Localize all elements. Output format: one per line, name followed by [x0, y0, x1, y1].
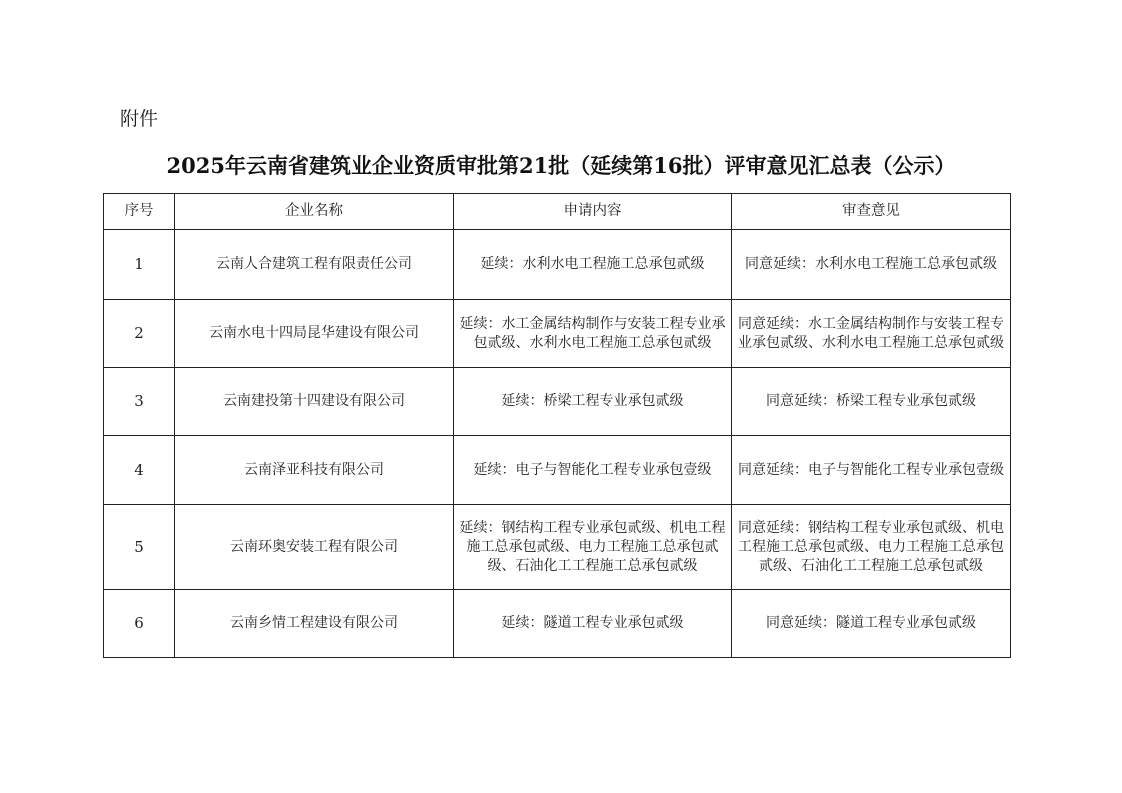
- review-opinion: 同意延续：水工金属结构制作与安装工程专业承包贰级、水利水电工程施工总承包贰级: [732, 300, 1011, 368]
- application-content: 延续：钢结构工程专业承包贰级、机电工程施工总承包贰级、电力工程施工总承包贰级、石…: [454, 505, 732, 590]
- header-application-content: 申请内容: [454, 194, 732, 230]
- application-content: 延续：桥梁工程专业承包贰级: [454, 368, 732, 436]
- document-title: 2025年云南省建筑业企业资质审批第21批（延续第16批）评审意见汇总表（公示）: [0, 150, 1122, 180]
- application-content: 延续：隧道工程专业承包贰级: [454, 590, 732, 658]
- serial-no: 4: [104, 436, 175, 505]
- table-row: 1 云南人合建筑工程有限责任公司 延续：水利水电工程施工总承包贰级 同意延续：水…: [104, 230, 1011, 300]
- table-header-row: 序号 企业名称 申请内容 审查意见: [104, 194, 1011, 230]
- review-opinion: 同意延续：钢结构工程专业承包贰级、机电工程施工总承包贰级、电力工程施工总承包贰级…: [732, 505, 1011, 590]
- attachment-label: 附件: [120, 104, 158, 131]
- serial-no: 2: [104, 300, 175, 368]
- table-row: 2 云南水电十四局昆华建设有限公司 延续：水工金属结构制作与安装工程专业承包贰级…: [104, 300, 1011, 368]
- table-row: 4 云南泽亚科技有限公司 延续：电子与智能化工程专业承包壹级 同意延续：电子与智…: [104, 436, 1011, 505]
- header-review-opinion: 审查意见: [732, 194, 1011, 230]
- company-name: 云南水电十四局昆华建设有限公司: [175, 300, 454, 368]
- header-serial-no: 序号: [104, 194, 175, 230]
- serial-no: 1: [104, 230, 175, 300]
- table-row: 6 云南乡情工程建设有限公司 延续：隧道工程专业承包贰级 同意延续：隧道工程专业…: [104, 590, 1011, 658]
- review-summary-table: 序号 企业名称 申请内容 审查意见 1 云南人合建筑工程有限责任公司 延续：水利…: [103, 193, 1011, 658]
- serial-no: 3: [104, 368, 175, 436]
- application-content: 延续：电子与智能化工程专业承包壹级: [454, 436, 732, 505]
- serial-no: 5: [104, 505, 175, 590]
- review-opinion: 同意延续：隧道工程专业承包贰级: [732, 590, 1011, 658]
- application-content: 延续：水利水电工程施工总承包贰级: [454, 230, 732, 300]
- review-opinion: 同意延续：桥梁工程专业承包贰级: [732, 368, 1011, 436]
- application-content: 延续：水工金属结构制作与安装工程专业承包贰级、水利水电工程施工总承包贰级: [454, 300, 732, 368]
- company-name: 云南环奥安装工程有限公司: [175, 505, 454, 590]
- review-opinion: 同意延续：水利水电工程施工总承包贰级: [732, 230, 1011, 300]
- company-name: 云南泽亚科技有限公司: [175, 436, 454, 505]
- serial-no: 6: [104, 590, 175, 658]
- company-name: 云南建投第十四建设有限公司: [175, 368, 454, 436]
- company-name: 云南人合建筑工程有限责任公司: [175, 230, 454, 300]
- header-company-name: 企业名称: [175, 194, 454, 230]
- table-row: 5 云南环奥安装工程有限公司 延续：钢结构工程专业承包贰级、机电工程施工总承包贰…: [104, 505, 1011, 590]
- table-row: 3 云南建投第十四建设有限公司 延续：桥梁工程专业承包贰级 同意延续：桥梁工程专…: [104, 368, 1011, 436]
- company-name: 云南乡情工程建设有限公司: [175, 590, 454, 658]
- review-opinion: 同意延续：电子与智能化工程专业承包壹级: [732, 436, 1011, 505]
